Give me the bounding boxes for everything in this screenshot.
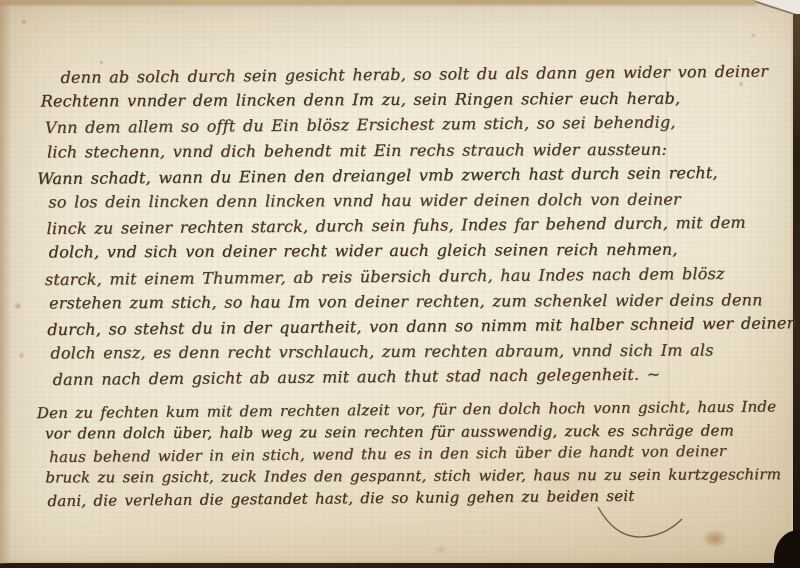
ink-stain (702, 529, 728, 548)
paragraph-2: Den zu fechten kum mit dem rechten alzei… (37, 397, 738, 512)
handwritten-text-block: denn ab solch durch sein gesicht herab, … (34, 60, 737, 512)
fox-stain (21, 19, 27, 25)
page-corner-shadow (774, 530, 800, 568)
page-edge-right (793, 14, 800, 565)
fox-stain (751, 33, 756, 38)
page-edge-left (0, 2, 11, 564)
page-edge-top (0, 0, 756, 4)
page-edge-bottom (0, 563, 800, 568)
fox-stain (434, 545, 448, 554)
manuscript-page: denn ab solch durch sein gesicht herab, … (0, 0, 800, 568)
pen-flourish (592, 503, 688, 545)
manuscript-line: dann nach dem gsicht ab ausz mit auch th… (53, 361, 737, 392)
paragraph-1: denn ab solch durch sein gesicht herab, … (34, 60, 736, 392)
fox-stain (738, 81, 744, 87)
fox-stain (18, 352, 25, 359)
fox-stain (14, 302, 22, 310)
